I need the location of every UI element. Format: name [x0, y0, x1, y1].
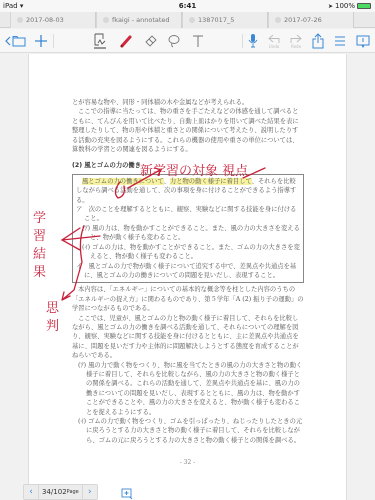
voice-record-button[interactable]: [246, 32, 260, 50]
page-navigator: ‹ 34/102Page ›: [23, 484, 98, 500]
highlight[interactable]: 風とゴムの力の働きについて: [82, 178, 164, 185]
location-icon: ➤: [328, 3, 333, 10]
text-tool-button[interactable]: [190, 32, 206, 50]
tab-2017-07-26[interactable]: 2017-07-26: [268, 12, 354, 28]
list-item: (ｱ) 風の力で動く物をつくり、物に風を当てたときの風の力の大きさと物の動く様子…: [72, 361, 304, 417]
next-page-button[interactable]: ›: [83, 487, 97, 497]
divider: [242, 34, 243, 48]
close-tab-icon[interactable]: [189, 17, 195, 23]
list-icon: [334, 35, 346, 47]
page-indicator[interactable]: 34/102Page: [38, 485, 83, 499]
lasso-icon: [167, 34, 181, 48]
objective-i: イ 風とゴムの力で物が動く様子について追究する中で、差異点や共通点を基に、風とゴ…: [76, 262, 300, 281]
annotation-toolbar: Undo Redo: [0, 29, 375, 53]
share-icon: [312, 33, 324, 49]
folder-back-icon: [5, 34, 27, 48]
objective-a: ア 次のことを理解するとともに、観察、実験などに関する技能を身に付けること。: [76, 205, 300, 224]
plus-icon: [34, 34, 48, 48]
bookmark-panel-button[interactable]: [355, 32, 371, 50]
sidebar-icon: [356, 34, 370, 48]
zoom-page-icon: [121, 488, 133, 500]
eraser-tool-button[interactable]: [143, 32, 159, 50]
pen-tool-button[interactable]: [118, 32, 134, 50]
page-number: - 32 -: [0, 459, 375, 466]
paragraph: 本内容は、「エネルギー」についての基本的な概念等を柱とした内容のうちの「エネルギ…: [72, 285, 304, 313]
outline-menu-button[interactable]: [333, 32, 347, 50]
lasso-tool-button[interactable]: [166, 32, 182, 50]
text-icon: [191, 34, 205, 48]
document-text: とが容易な物や、同形・同体積の木や金属などが考えられる。 ここでの指導に当たって…: [72, 98, 304, 445]
close-tab-icon[interactable]: [103, 17, 109, 23]
paragraph: とが容易な物や、同形・同体積の木や金属などが考えられる。: [72, 98, 304, 107]
pen-icon: [119, 34, 133, 48]
page-zoom-button[interactable]: [121, 485, 133, 496]
section-heading: (2) 風とゴムの力の働き: [72, 161, 304, 170]
clock: 6:41: [0, 2, 375, 10]
redo-button[interactable]: Redo: [287, 32, 305, 50]
paragraph: ここでの指導に当たっては、物の重さを手ごたえなどの体感を通して調べるとともに、て…: [72, 107, 304, 154]
back-to-library-button[interactable]: [4, 32, 28, 50]
objectives-box: 風とゴムの力の働きについて、力と物の動く様子に着目して、それらを比較しながら調べ…: [72, 174, 304, 283]
list-item: (ｲ) ゴムの力で動く物をつくり、ゴムを引っぱったり、ねじったりしたときの元に戻…: [72, 417, 304, 445]
battery-icon: [357, 3, 371, 9]
prev-page-button[interactable]: ‹: [24, 487, 38, 497]
tab-2017-08-03[interactable]: 2017-08-03: [10, 12, 96, 28]
objective-intro: 風とゴムの力の働きについて、力と物の動く様子に着目して、それらを比較しながら調べ…: [76, 177, 300, 205]
share-button[interactable]: [311, 32, 325, 50]
tab-fkaigi-annotated[interactable]: fkaigi - annotated: [96, 12, 182, 28]
status-bar: iPad ▾ 6:41 ➤ 100%: [0, 0, 375, 12]
battery-status: ➤ 100%: [328, 2, 371, 10]
close-tab-icon[interactable]: [17, 17, 23, 23]
objective-a1: (ｱ) 風の力は、物を動かすことができること。また、風の力の大きさを変えると、物…: [76, 224, 300, 243]
eraser-icon: [144, 34, 158, 48]
undo-icon: [268, 34, 280, 44]
signature-icon: [93, 33, 107, 49]
signature-tool-button[interactable]: [92, 32, 108, 50]
tab-1387017-5[interactable]: 1387017_5: [182, 12, 268, 28]
paragraph: ここでは、児童が、風とゴムの力と物の動く様子に着目して、それらを比較しながら、風…: [72, 314, 304, 361]
close-tab-icon[interactable]: [275, 17, 281, 23]
objective-a2: (ｲ) ゴムの力は、物を動かすことができること。また、ゴムの力の大きさを変えると…: [76, 243, 300, 262]
add-button[interactable]: [33, 32, 49, 50]
highlight[interactable]: 力と物の動く様子に着目して: [170, 178, 252, 185]
undo-button[interactable]: Undo: [265, 32, 283, 50]
redo-icon: [290, 34, 302, 44]
microphone-icon: [248, 33, 258, 49]
document-tabs: 2017-08-03 fkaigi - annotated 1387017_5 …: [0, 12, 375, 28]
divider: [53, 34, 54, 48]
